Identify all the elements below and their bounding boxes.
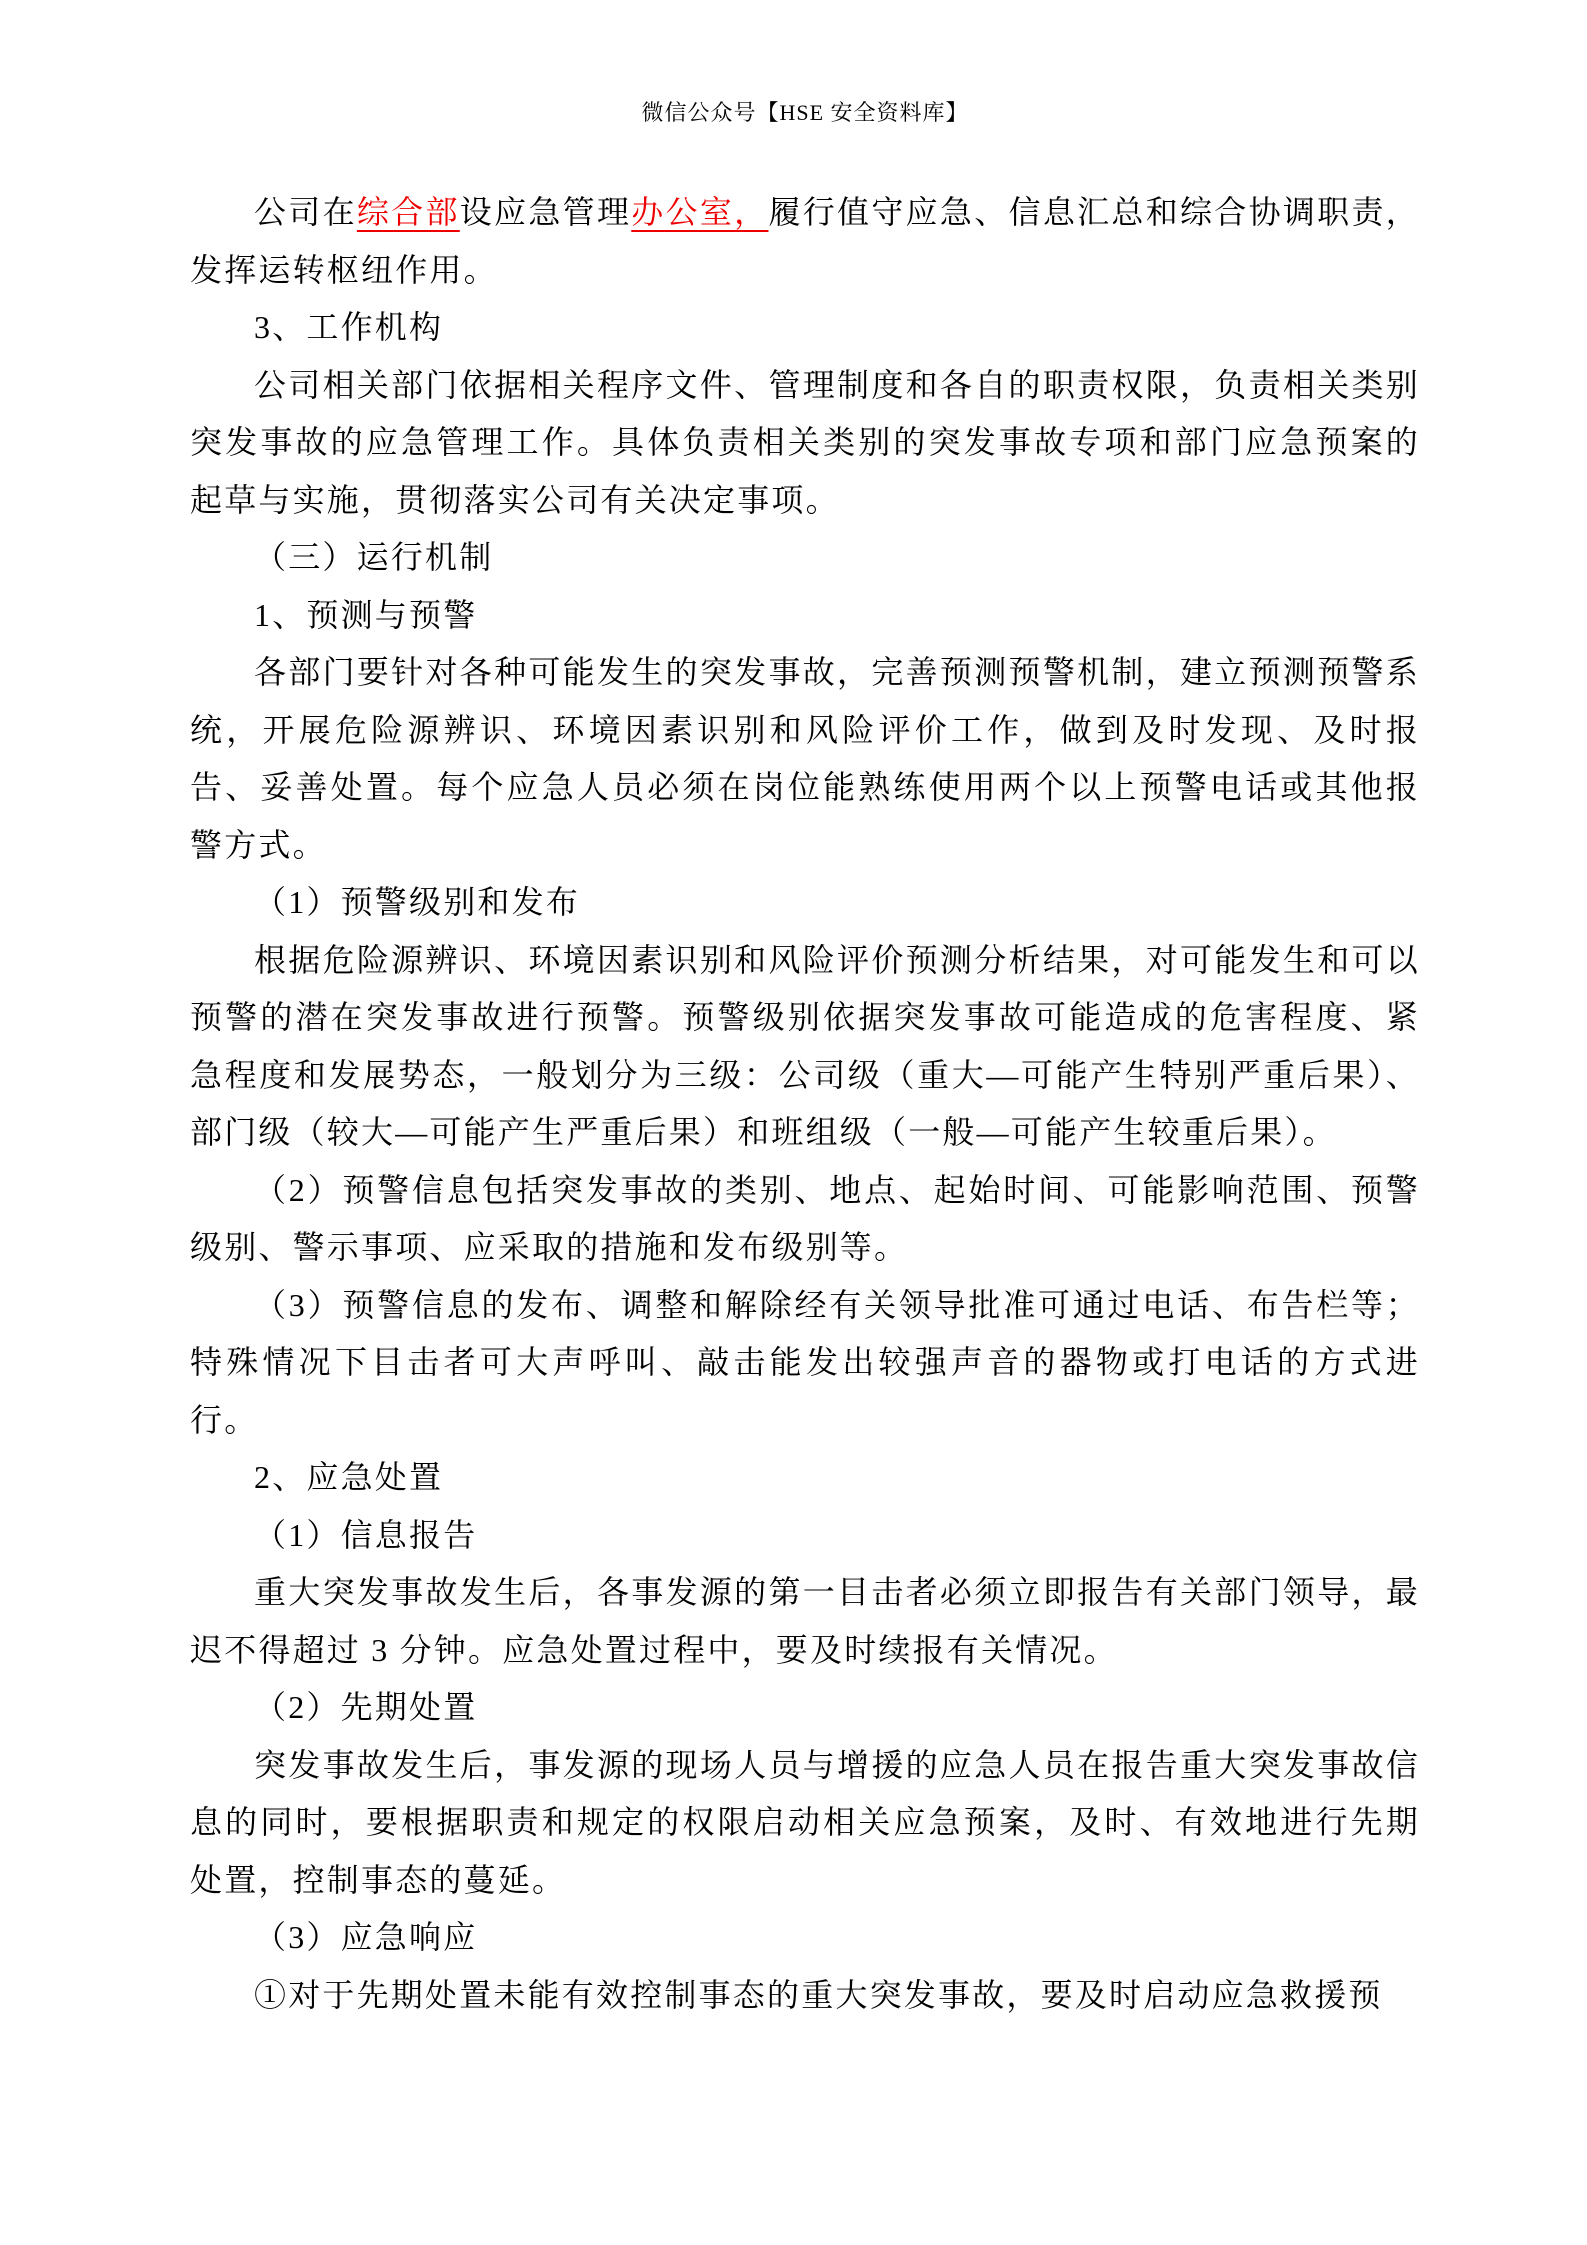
text-run: （1）信息报告 xyxy=(254,1517,477,1553)
heading-operating-mechanism: （三）运行机制 xyxy=(190,529,1420,587)
paragraph-warning-system: 各部门要针对各种可能发生的突发事故，完善预测预警机制，建立预测预警系统，开展危险… xyxy=(190,644,1420,874)
text-run: 突发事故发生后，事发源的现场人员与增援的应急人员在报告重大突发事故信息的同时，要… xyxy=(190,1747,1420,1898)
paragraph-warning-information: （2）预警信息包括突发事故的类别、地点、起始时间、可能影响范围、预警级别、警示事… xyxy=(190,1162,1420,1277)
text-run: 公司相关部门依据相关程序文件、管理制度和各自的职责权限，负责相关类别突发事故的应… xyxy=(190,367,1420,518)
paragraph-department-duties: 公司相关部门依据相关程序文件、管理制度和各自的职责权限，负责相关类别突发事故的应… xyxy=(190,357,1420,530)
page-header-watermark: 微信公众号【HSE 安全资料库】 xyxy=(190,98,1420,128)
paragraph-warning-release: （3）预警信息的发布、调整和解除经有关领导批准可通过电话、布告栏等；特殊情况下目… xyxy=(190,1277,1420,1450)
text-run: 1、预测与预警 xyxy=(254,597,477,633)
highlight-run-office: 办公室， xyxy=(631,194,768,230)
paragraph-initial-disposal-detail: 突发事故发生后，事发源的现场人员与增援的应急人员在报告重大突发事故信息的同时，要… xyxy=(190,1737,1420,1910)
text-run: 2、应急处置 xyxy=(254,1459,443,1495)
heading-forecast-warning: 1、预测与预警 xyxy=(190,587,1420,645)
text-run: 3、工作机构 xyxy=(254,309,443,345)
heading-emergency-response: （3）应急响应 xyxy=(190,1909,1420,1967)
text-run: （2）预警信息包括突发事故的类别、地点、起始时间、可能影响范围、预警级别、警示事… xyxy=(190,1172,1420,1266)
text-run: 根据危险源辨识、环境因素识别和风险评价预测分析结果，对可能发生和可以预警的潜在突… xyxy=(190,942,1420,1151)
heading-initial-disposal: （2）先期处置 xyxy=(190,1679,1420,1737)
text-run: （三）运行机制 xyxy=(254,539,493,575)
paragraph-warning-classification: 根据危险源辨识、环境因素识别和风险评价预测分析结果，对可能发生和可以预警的潜在突… xyxy=(190,932,1420,1162)
paragraph-office-setup: 公司在综合部设应急管理办公室，履行值守应急、信息汇总和综合协调职责，发挥运转枢纽… xyxy=(190,184,1420,299)
heading-information-report: （1）信息报告 xyxy=(190,1507,1420,1565)
paragraph-response-activation: ①对于先期处置未能有效控制事态的重大突发事故，要及时启动应急救援预 xyxy=(190,1967,1420,2025)
text-run: 重大突发事故发生后，各事发源的第一目击者必须立即报告有关部门领导，最迟不得超过 … xyxy=(190,1574,1420,1668)
text-run: ①对于先期处置未能有效控制事态的重大突发事故，要及时启动应急救援预 xyxy=(254,1977,1383,2013)
text-run: （3）应急响应 xyxy=(254,1919,477,1955)
heading-emergency-handling: 2、应急处置 xyxy=(190,1449,1420,1507)
text-run: 公司在 xyxy=(254,194,357,230)
paragraph-report-requirement: 重大突发事故发生后，各事发源的第一目击者必须立即报告有关部门领导，最迟不得超过 … xyxy=(190,1564,1420,1679)
document-body: 公司在综合部设应急管理办公室，履行值守应急、信息汇总和综合协调职责，发挥运转枢纽… xyxy=(190,184,1420,2024)
heading-work-organization: 3、工作机构 xyxy=(190,299,1420,357)
text-run: （2）先期处置 xyxy=(254,1689,477,1725)
highlight-run-department: 综合部 xyxy=(357,194,460,230)
heading-warning-levels: （1）预警级别和发布 xyxy=(190,874,1420,932)
text-run: （3）预警信息的发布、调整和解除经有关领导批准可通过电话、布告栏等；特殊情况下目… xyxy=(190,1287,1420,1438)
text-run: （1）预警级别和发布 xyxy=(254,884,580,920)
document-page: 微信公众号【HSE 安全资料库】 公司在综合部设应急管理办公室，履行值守应急、信… xyxy=(0,0,1587,2245)
text-run: 各部门要针对各种可能发生的突发事故，完善预测预警机制，建立预测预警系统，开展危险… xyxy=(190,654,1420,863)
text-run: 设应急管理 xyxy=(460,194,631,230)
